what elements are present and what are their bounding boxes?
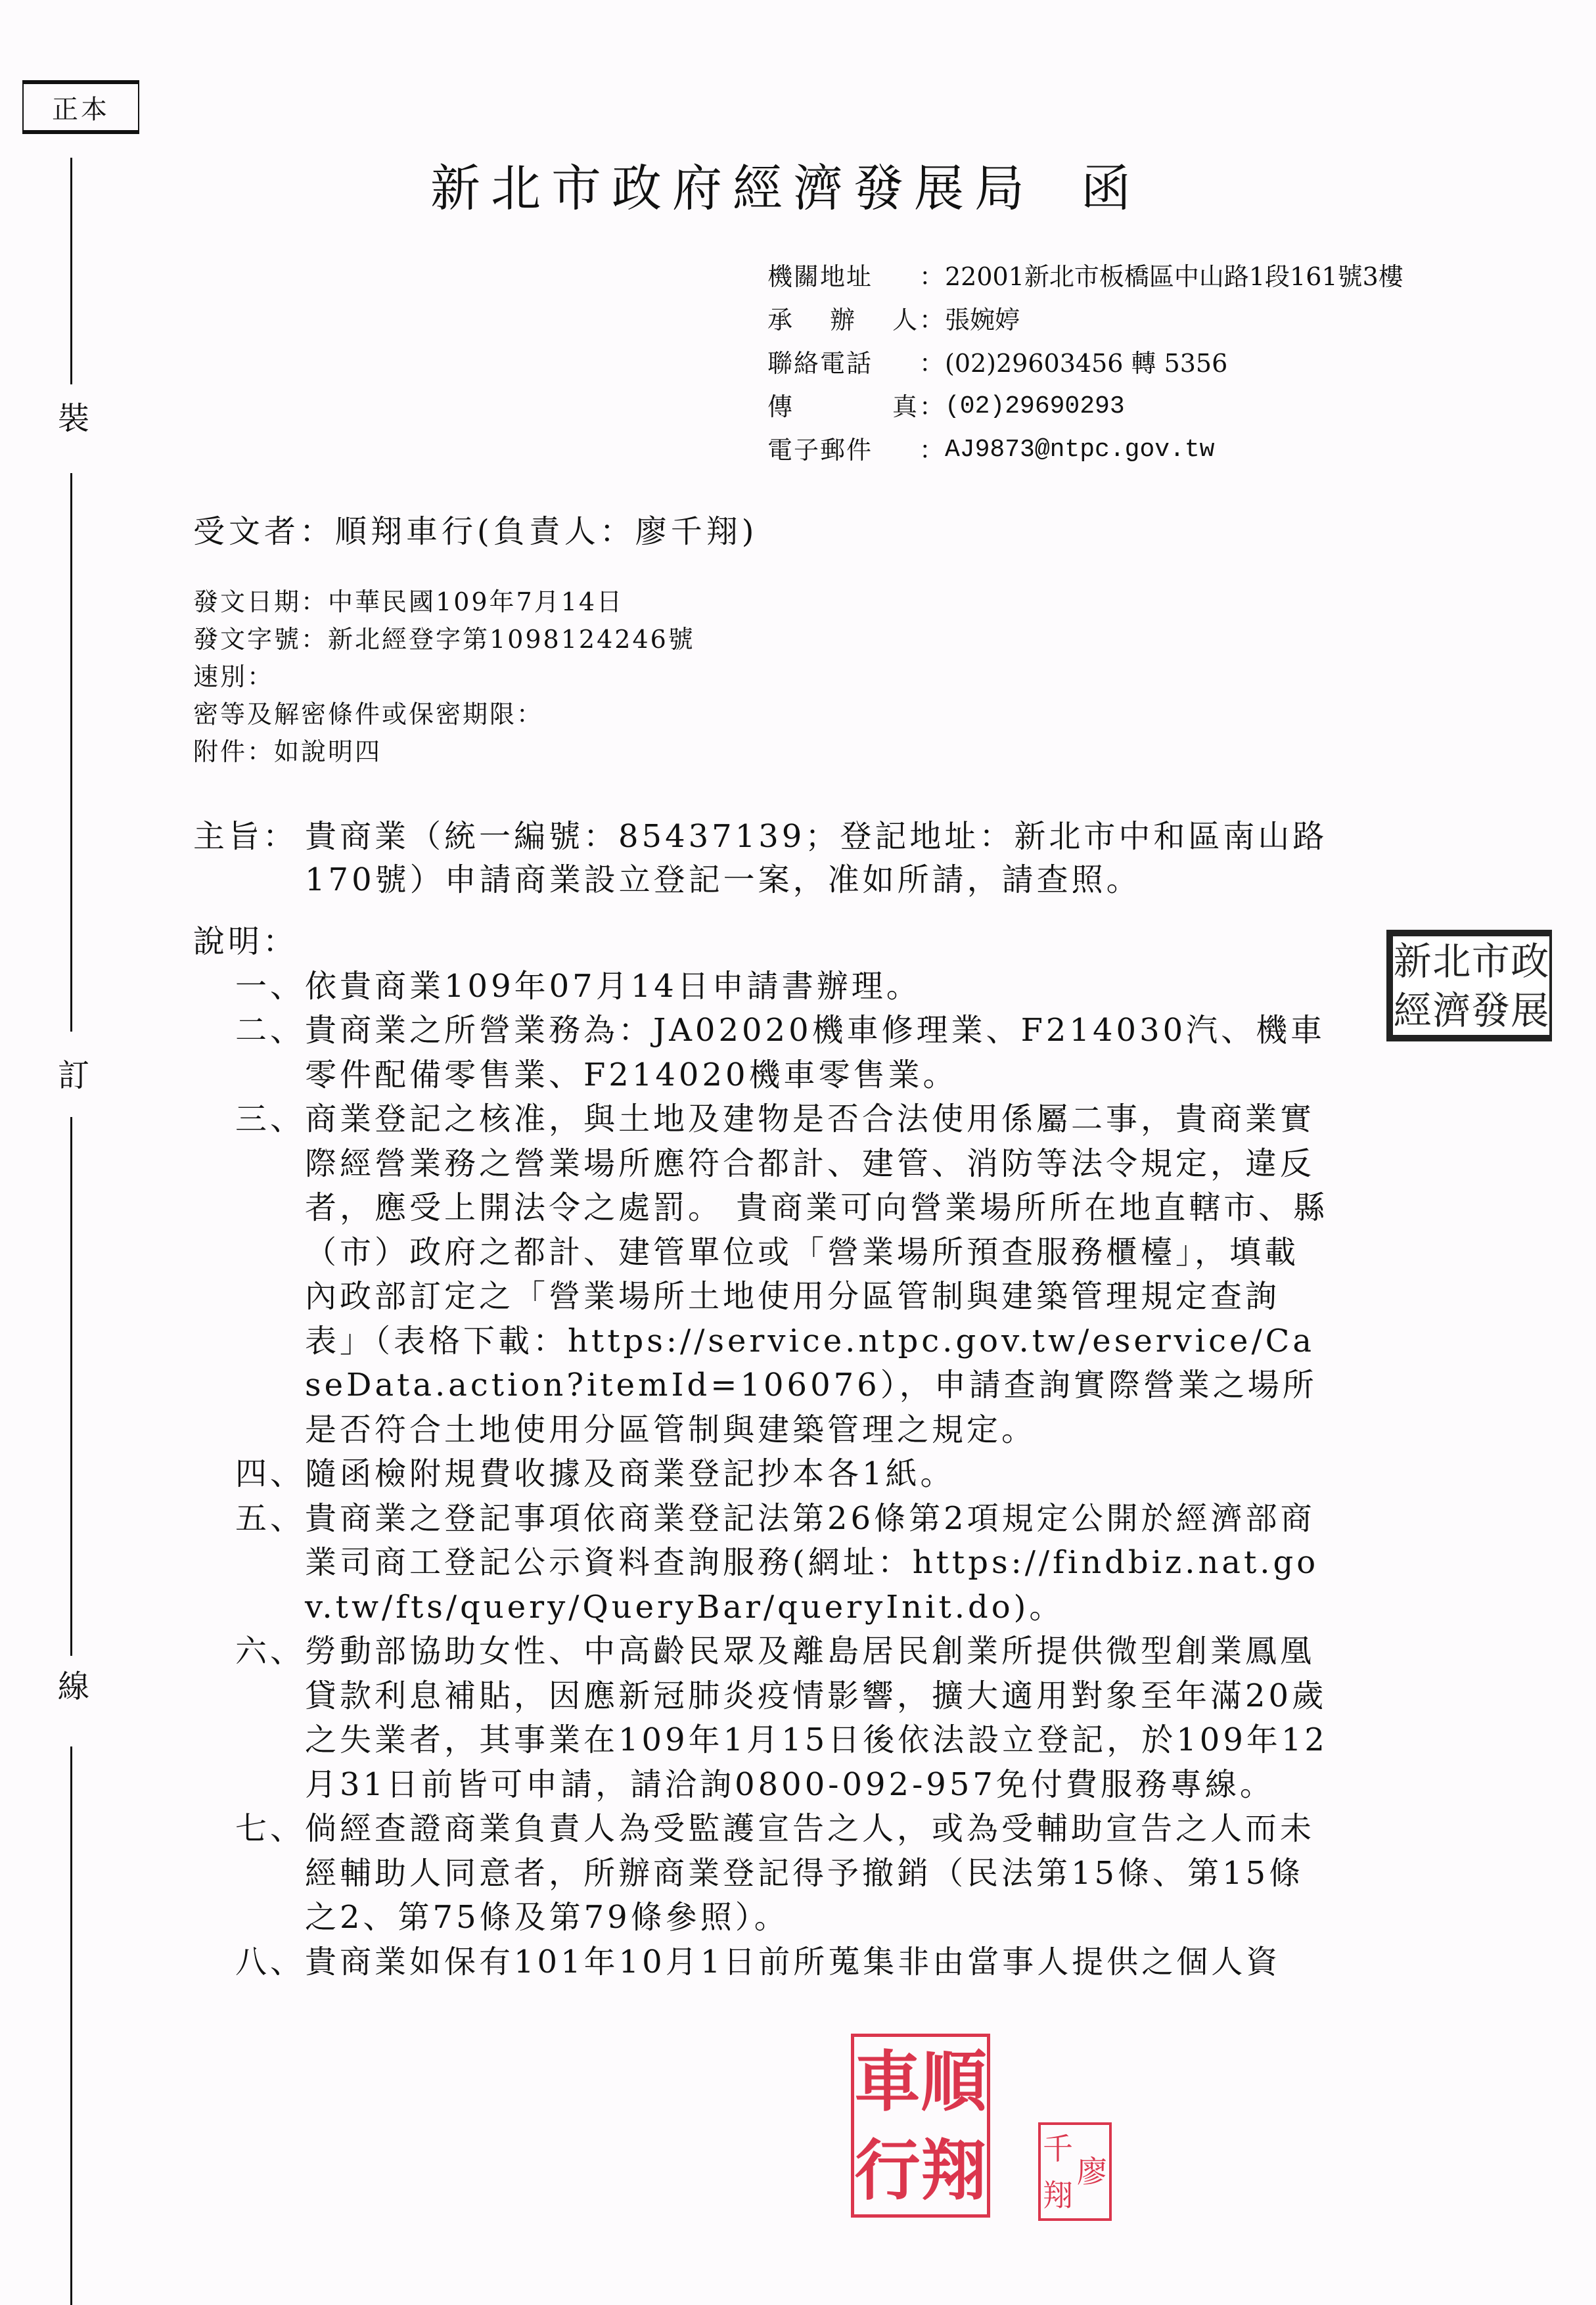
info-row-phone: 聯絡電話 ： (02)29603456 轉 5356 — [767, 342, 1403, 385]
binding-line-segment — [70, 1117, 72, 1656]
item-text: 依貴商業109年07月14日申請書辦理。 — [305, 965, 1330, 1009]
info-row-handler: 承辦人 ： 張婉婷 — [767, 298, 1403, 342]
info-row-email: 電子郵件 ： AJ9873@ntpc.gov.tw — [767, 428, 1403, 472]
item-text: 商業登記之核准，與土地及建物是否合法使用係屬二事，貴商業實際經營業務之營業場所應… — [305, 1097, 1330, 1452]
meta-urgency: 速別： — [193, 658, 695, 696]
info-label: 聯絡電話 — [767, 342, 919, 385]
info-label: 機關地址 — [767, 255, 919, 298]
explanation-item: 四、 隨函檢附規費收據及商業登記抄本各1紙。 — [193, 1452, 1376, 1497]
binding-char-xian: 線 — [55, 1661, 92, 1706]
item-text: 貴商業之所營業務為：JA02020機車修理業、F214030汽、機車零件配備零售… — [305, 1009, 1330, 1097]
explanation-item: 三、 商業登記之核准，與土地及建物是否合法使用係屬二事，貴商業實際經營業務之營業… — [193, 1097, 1376, 1452]
document-meta: 發文日期：中華民國109年7月14日 發文字號：新北經登字第1098124246… — [193, 583, 695, 771]
info-value-fax: (02)29690293 — [945, 385, 1125, 428]
info-value-phone: (02)29603456 轉 5356 — [945, 342, 1227, 385]
info-row-address: 機關地址 ： 22001新北市板橋區中山路1段161號3樓 — [767, 255, 1403, 298]
meta-confidentiality: 密等及解密條件或保密期限： — [193, 696, 695, 733]
item-number: 八、 — [193, 1940, 305, 1985]
explanation-item: 八、 貴商業如保有101年10月1日前所蒐集非由當事人提供之個人資 — [193, 1940, 1376, 1985]
info-label: 電子郵件 — [767, 428, 919, 472]
meta-attachment: 附件：如說明四 — [193, 733, 695, 771]
explanation-item: 一、 依貴商業109年07月14日申請書辦理。 — [193, 965, 1376, 1009]
info-value-handler: 張婉婷 — [945, 298, 1020, 342]
explanation-section: 說明： 一、 依貴商業109年07月14日申請書辦理。 二、 貴商業之所營業務為… — [193, 920, 1376, 1984]
item-number: 四、 — [193, 1452, 305, 1497]
business-red-seal-icon: 車 順 行 翔 — [851, 2034, 990, 2218]
original-copy-label: 正本 — [22, 80, 139, 134]
official-letter-page: 正本 裝 訂 線 新北市政府經濟發展局函 機關地址 ： 22001新北市板橋區中… — [0, 0, 1596, 2305]
explanation-item: 二、 貴商業之所營業務為：JA02020機車修理業、F214030汽、機車零件配… — [193, 1009, 1376, 1097]
item-number: 六、 — [193, 1630, 305, 1807]
item-number: 七、 — [193, 1807, 305, 1940]
agency-name: 新北市政府經濟發展局 — [430, 159, 1035, 217]
subject-text: 貴商業（統一編號：85437139；登記地址：新北市中和區南山路170號）申請商… — [305, 815, 1369, 901]
recipient-value: 順翔車行(負責人：廖千翔) — [335, 513, 758, 550]
item-number: 三、 — [193, 1097, 305, 1452]
copy-label-text: 正本 — [52, 89, 110, 126]
item-text: 貴商業之登記事項依商業登記法第26條第2項規定公開於經濟部商業司商工登記公示資料… — [305, 1497, 1330, 1630]
document-title: 新北市政府經濟發展局函 — [430, 148, 1141, 220]
explanation-item: 五、 貴商業之登記事項依商業登記法第26條第2項規定公開於經濟部商業司商工登記公… — [193, 1497, 1376, 1630]
owner-personal-seal-icon: 千 廖 翔 — [1038, 2122, 1112, 2221]
info-label: 傳真 — [767, 385, 919, 428]
item-text: 勞動部協助女性、中高齡民眾及離島居民創業所提供微型創業鳳凰貸款利息補貼，因應新冠… — [305, 1630, 1330, 1807]
binding-char-ding: 訂 — [55, 1050, 92, 1095]
recipient-line: 受文者：順翔車行(負責人：廖千翔) — [193, 506, 758, 551]
item-number: 二、 — [193, 1009, 305, 1097]
info-value-address: 22001新北市板橋區中山路1段161號3樓 — [945, 255, 1403, 298]
explanation-item: 七、 倘經查證商業負責人為受監護宣告之人，或為受輔助宣告之人而未經輔助人同意者，… — [193, 1807, 1376, 1940]
info-label: 承辦人 — [767, 298, 919, 342]
info-value-email[interactable]: AJ9873@ntpc.gov.tw — [945, 428, 1214, 472]
item-number: 五、 — [193, 1497, 305, 1630]
agency-contact-info: 機關地址 ： 22001新北市板橋區中山路1段161號3樓 承辦人 ： 張婉婷 … — [767, 255, 1403, 472]
subject-section: 主旨： 貴商業（統一編號：85437139；登記地址：新北市中和區南山路170號… — [193, 815, 1376, 901]
agency-official-seal-icon: 新 北 市 政 經 濟 發 展 — [1386, 930, 1552, 1041]
binding-char-zhuang: 裝 — [55, 393, 92, 438]
item-number: 一、 — [193, 965, 305, 1009]
info-row-fax: 傳真 ： (02)29690293 — [767, 385, 1403, 428]
explanation-label: 說明： — [193, 920, 1376, 965]
meta-doc-number: 發文字號：新北經登字第1098124246號 — [193, 621, 695, 658]
document-type: 函 — [1081, 159, 1141, 217]
recipient-label: 受文者 — [193, 513, 300, 550]
meta-issue-date: 發文日期：中華民國109年7月14日 — [193, 583, 695, 621]
subject-label: 主旨： — [193, 815, 305, 901]
item-text: 倘經查證商業負責人為受監護宣告之人，或為受輔助宣告之人而未經輔助人同意者，所辦商… — [305, 1807, 1330, 1940]
binding-line-segment — [70, 158, 72, 384]
explanation-item: 六、 勞動部協助女性、中高齡民眾及離島居民創業所提供微型創業鳳凰貸款利息補貼，因… — [193, 1630, 1376, 1807]
binding-line-segment — [70, 473, 72, 1032]
item-text: 隨函檢附規費收據及商業登記抄本各1紙。 — [305, 1452, 1330, 1497]
item-text: 貴商業如保有101年10月1日前所蒐集非由當事人提供之個人資 — [305, 1940, 1330, 1985]
binding-line-segment — [70, 1746, 72, 2305]
